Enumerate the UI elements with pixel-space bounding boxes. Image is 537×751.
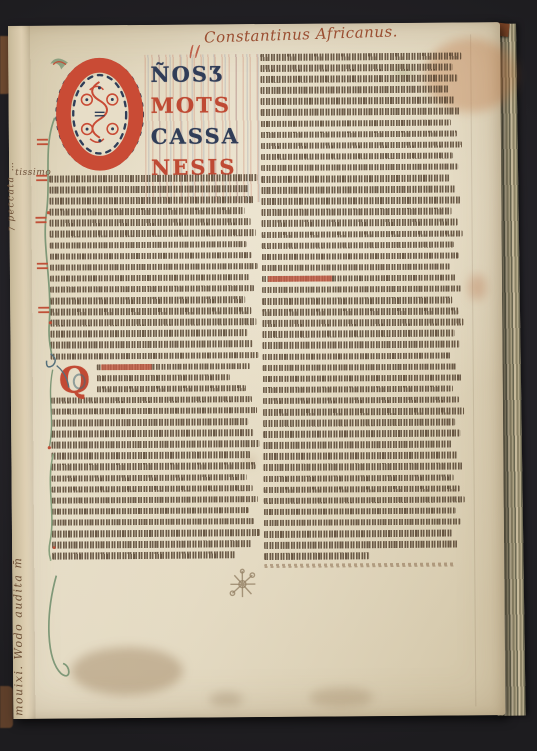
display-letter-line: CASSA xyxy=(151,120,261,152)
script-line xyxy=(261,130,457,138)
script-line xyxy=(50,307,251,315)
script-line xyxy=(263,396,459,404)
script-line xyxy=(260,52,461,60)
script-line xyxy=(264,541,458,549)
script-line xyxy=(50,218,251,226)
script-line xyxy=(52,474,247,482)
script-line xyxy=(50,252,252,260)
manuscript-photo: Constantinus Africanus. xyxy=(0,0,537,751)
script-line xyxy=(50,329,247,337)
script-line xyxy=(49,196,253,204)
doodle-artwork xyxy=(224,567,260,601)
script-line xyxy=(50,241,247,249)
script-line xyxy=(264,518,461,526)
script-line xyxy=(52,551,235,559)
script-line xyxy=(49,207,244,215)
script-line xyxy=(262,308,458,316)
script-line xyxy=(52,496,258,504)
script-line xyxy=(50,274,249,282)
script-line xyxy=(97,363,250,371)
script-line xyxy=(262,330,454,338)
script-line xyxy=(262,285,461,293)
script-line xyxy=(261,186,455,194)
script-line xyxy=(263,407,464,415)
script-line xyxy=(262,252,459,260)
script-line xyxy=(263,441,451,449)
script-line xyxy=(50,285,254,293)
script-line xyxy=(51,407,257,415)
script-line xyxy=(264,530,452,538)
script-line xyxy=(97,374,230,382)
script-line xyxy=(49,185,248,193)
script-line xyxy=(49,174,257,182)
script-line xyxy=(52,529,260,537)
script-line xyxy=(51,440,259,448)
script-line xyxy=(261,97,455,105)
script-line xyxy=(263,363,457,371)
stain xyxy=(209,692,243,706)
script-line xyxy=(50,318,256,326)
edge-inscription-upper: ⁊ peccata … xyxy=(5,52,16,232)
script-line xyxy=(260,75,457,83)
script-line xyxy=(261,208,451,216)
script-line xyxy=(262,219,458,227)
script-line xyxy=(261,175,449,183)
script-line xyxy=(261,119,451,127)
display-letter-line: MOTS xyxy=(151,89,261,121)
text-column-right xyxy=(260,52,465,572)
script-line xyxy=(52,518,254,526)
script-line xyxy=(51,463,255,471)
script-line xyxy=(263,385,453,393)
script-line xyxy=(263,452,457,460)
script-line xyxy=(264,552,369,559)
script-line xyxy=(262,241,454,249)
script-line xyxy=(262,319,463,327)
script-line xyxy=(262,341,459,349)
script-line xyxy=(50,263,258,271)
script-line xyxy=(263,374,462,382)
script-line xyxy=(264,563,454,568)
script-line xyxy=(264,485,460,493)
script-line xyxy=(264,474,454,482)
script-line xyxy=(261,163,458,171)
parchment-page: Constantinus Africanus. xyxy=(8,22,505,719)
stain xyxy=(309,687,373,708)
script-line xyxy=(260,64,452,72)
script-line xyxy=(263,419,455,427)
display-letter-line: ÑOSƷ xyxy=(150,58,260,90)
margin-flourish xyxy=(21,118,73,690)
script-line xyxy=(261,141,462,149)
script-line xyxy=(50,296,245,304)
script-line xyxy=(51,418,248,426)
script-line xyxy=(264,507,456,515)
ex-libris-inscription: Constantinus Africanus. xyxy=(204,20,460,46)
vine-flourish-artwork xyxy=(21,118,73,690)
script-line xyxy=(51,429,253,437)
script-line xyxy=(263,352,451,360)
script-line xyxy=(263,430,460,438)
script-line xyxy=(261,197,460,205)
script-line xyxy=(50,230,256,238)
edge-inscription-lower: mouixi. Wodo audita m̄ xyxy=(11,478,26,716)
script-line xyxy=(262,274,456,282)
script-line xyxy=(264,496,465,504)
script-line xyxy=(52,507,249,515)
stain xyxy=(71,647,183,696)
script-line xyxy=(51,451,250,459)
script-line xyxy=(97,385,246,393)
stain xyxy=(468,274,486,300)
margin-note: tissimo xyxy=(15,168,51,178)
script-line xyxy=(263,463,462,471)
script-line xyxy=(262,263,450,271)
binding-leather-bottom-left xyxy=(0,686,13,728)
script-line xyxy=(262,297,452,305)
script-line xyxy=(261,108,460,116)
pen-doodle xyxy=(224,567,260,601)
script-line xyxy=(52,485,253,493)
script-line xyxy=(261,152,453,160)
script-line xyxy=(262,230,463,238)
script-line xyxy=(260,86,448,94)
script-line xyxy=(50,340,252,348)
parchment-crease xyxy=(470,34,476,706)
script-line xyxy=(52,540,251,548)
